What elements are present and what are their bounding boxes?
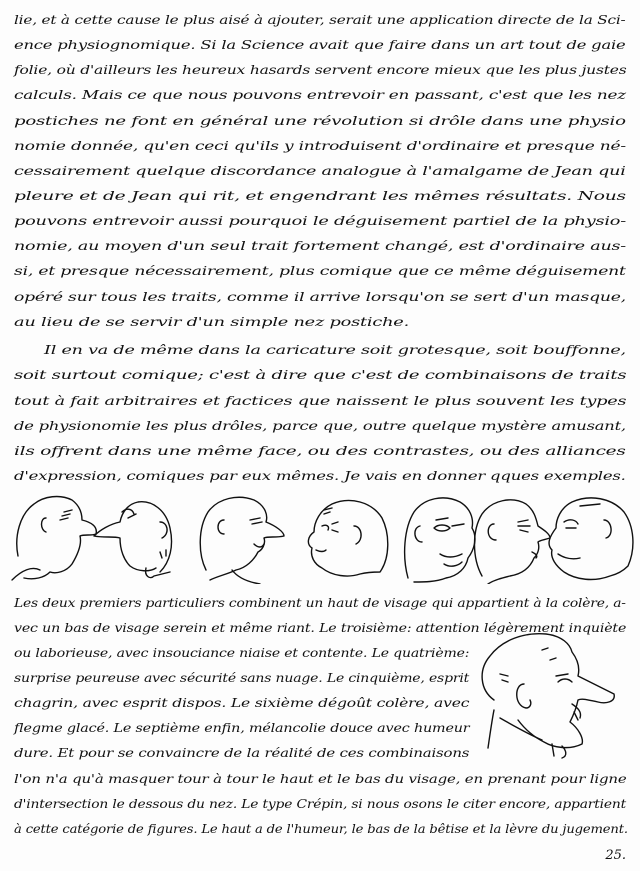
manuscript-page: lie, et à cette cause le plus aisé à ajo… <box>0 0 640 871</box>
text-line: opéré sur tous les traits, comme il arri… <box>14 289 626 304</box>
text-line: si, et presque nécessairement, plus comi… <box>14 263 626 278</box>
text-line: d'intersection le dessous du nez. Le typ… <box>14 796 626 811</box>
text-line: d'expression, comiques par eux mêmes. Je… <box>14 468 626 483</box>
text-line: l'on n'a qu'à masquer tour à tour le hau… <box>14 771 626 786</box>
caricature-head-5 <box>405 498 475 582</box>
text-line: cessairement quelque discordance analogu… <box>14 163 626 178</box>
caricature-laughing-man <box>474 630 624 760</box>
text-line: ils offrent dans une même face, ou des c… <box>14 443 626 458</box>
text-line: Les deux premiers particuliers combinent… <box>14 595 626 610</box>
text-line: calculs. Mais ce que nous pouvons entrev… <box>14 87 626 102</box>
text-line: de physionomie les plus drôles, parce qu… <box>14 418 626 433</box>
text-line: surprise peureuse avec sécurité sans nua… <box>14 670 469 685</box>
text-line: nomie donnée, qu'en ceci qu'ils y introd… <box>14 138 626 153</box>
text-line: soit surtout comique; c'est à dire que c… <box>14 367 626 382</box>
text-line: flegme glacé. Le septième enfin, mélanco… <box>14 720 469 735</box>
text-line: tout à fait arbitraires et factices que … <box>14 393 626 408</box>
caricature-head-1 <box>12 497 96 580</box>
text-line: Il en va de même dans la caricature soit… <box>44 342 626 357</box>
text-line: lie, et à cette cause le plus aisé à ajo… <box>14 12 626 27</box>
text-line: folie, où d'ailleurs les heureux hasards… <box>14 62 626 77</box>
text-line: nomie, au moyen d'un seul trait fortemen… <box>14 238 626 253</box>
text-line: pouvons entrevoir aussi pourquoi le dégu… <box>14 213 626 228</box>
text-line: postiches ne font en général une révolut… <box>14 113 626 128</box>
caricature-head-3 <box>200 497 284 584</box>
text-line: pleure et de Jean qui rit, et engendrant… <box>14 188 626 203</box>
caricature-head-7 <box>549 498 633 580</box>
text-line: ou laborieuse, avec insouciance niaise e… <box>14 645 469 660</box>
page-number: 25. <box>605 848 626 863</box>
caricature-head-2 <box>94 502 172 578</box>
text-line: à cette catégorie de figures. Le haut a … <box>14 821 628 836</box>
caricature-head-4 <box>308 500 387 576</box>
text-line: dure. Et pour se convaincre de la réalit… <box>14 745 469 760</box>
text-line: chagrin, avec esprit dispos. Le sixième … <box>14 695 469 710</box>
text-line: ence physiognomique. Si la Science avait… <box>14 37 626 52</box>
text-line: au lieu de se servir d'un simple nez pos… <box>14 314 409 329</box>
caricature-heads-strip <box>10 492 638 584</box>
caricature-head-6 <box>475 500 551 584</box>
